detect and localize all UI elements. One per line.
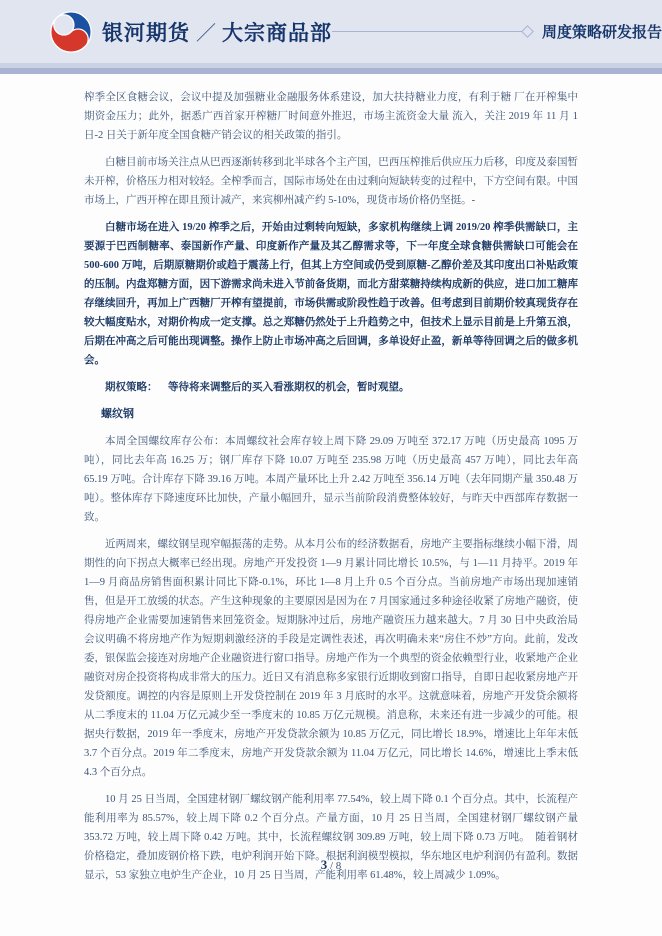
options-strategy-text: 等待将来调整后的买入看涨期权的机会，暂时观望。	[168, 382, 410, 393]
report-body: 榨季全区食糖会议，会议中提及加强糖业金融服务体系建设，加大扶持糖业力度，有利于糖…	[0, 74, 662, 885]
galaxy-futures-logo-icon	[41, 2, 100, 61]
page-number-total: 8	[336, 860, 342, 872]
brand-separator: ／	[196, 17, 216, 46]
rebar-section-heading: 螺纹钢	[84, 405, 578, 424]
page-footer: 3 / 8	[0, 856, 662, 874]
report-page: 银河期货 ／ 大宗商品部 周度策略研发报告 榨季全区食糖会议，会议中提及加强糖业…	[0, 0, 662, 936]
options-strategy-label: 期权策略：	[105, 382, 158, 393]
sugar-market-paragraph: 白糖目前市场关注点从巴西逐渐转移到北半球各个主产国，巴西压榨推后供应压力后移，印…	[84, 153, 578, 210]
rule-line	[332, 31, 522, 32]
report-title: 周度策略研发报告	[542, 21, 662, 42]
rebar-macro-paragraph: 近两周来，螺纹钢呈现窄幅振荡的走势。从本月公布的经济数据看，房地产主要指标继续小…	[84, 535, 578, 782]
brand-name: 银河期货	[102, 17, 190, 47]
report-header: 银河期货 ／ 大宗商品部 周度策略研发报告	[0, 0, 662, 63]
diamond-icon	[521, 25, 534, 38]
department-name: 大宗商品部	[222, 17, 332, 47]
sugar-outlook-paragraph: 白糖市场在进入 19/20 榨季之后，开始由过剩转向短缺，多家机构继续上调 20…	[84, 218, 578, 370]
page-number-separator: /	[327, 860, 336, 872]
sugar-continuation-paragraph: 榨季全区食糖会议，会议中提及加强糖业金融服务体系建设，加大扶持糖业力度，有利于糖…	[84, 88, 578, 145]
options-strategy-line: 期权策略：等待将来调整后的买入看涨期权的机会，暂时观望。	[84, 378, 578, 397]
header-divider-bar	[0, 63, 662, 74]
header-rule	[332, 27, 532, 36]
rebar-inventory-paragraph: 本周全国螺纹库存公布：本周螺纹社会库存较上周下降 29.09 万吨至 372.1…	[84, 432, 578, 527]
